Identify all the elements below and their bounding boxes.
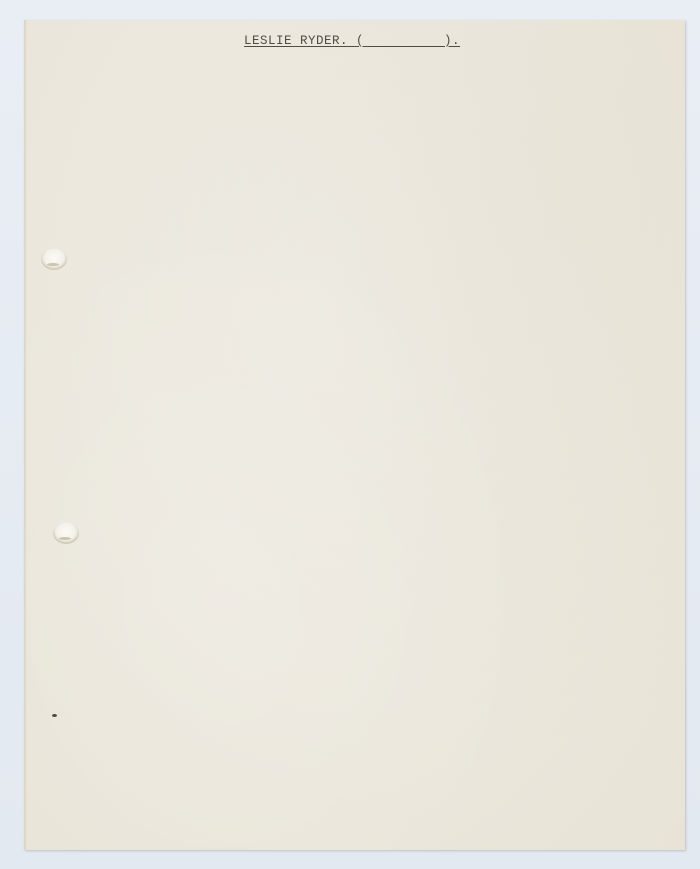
ink-speck bbox=[52, 714, 57, 717]
punch-hole-top bbox=[41, 248, 67, 270]
punch-hole-bottom bbox=[53, 522, 79, 544]
typed-header: LESLIE RYDER. ( ). bbox=[244, 34, 460, 48]
paper-sheet: LESLIE RYDER. ( ). bbox=[24, 20, 685, 850]
